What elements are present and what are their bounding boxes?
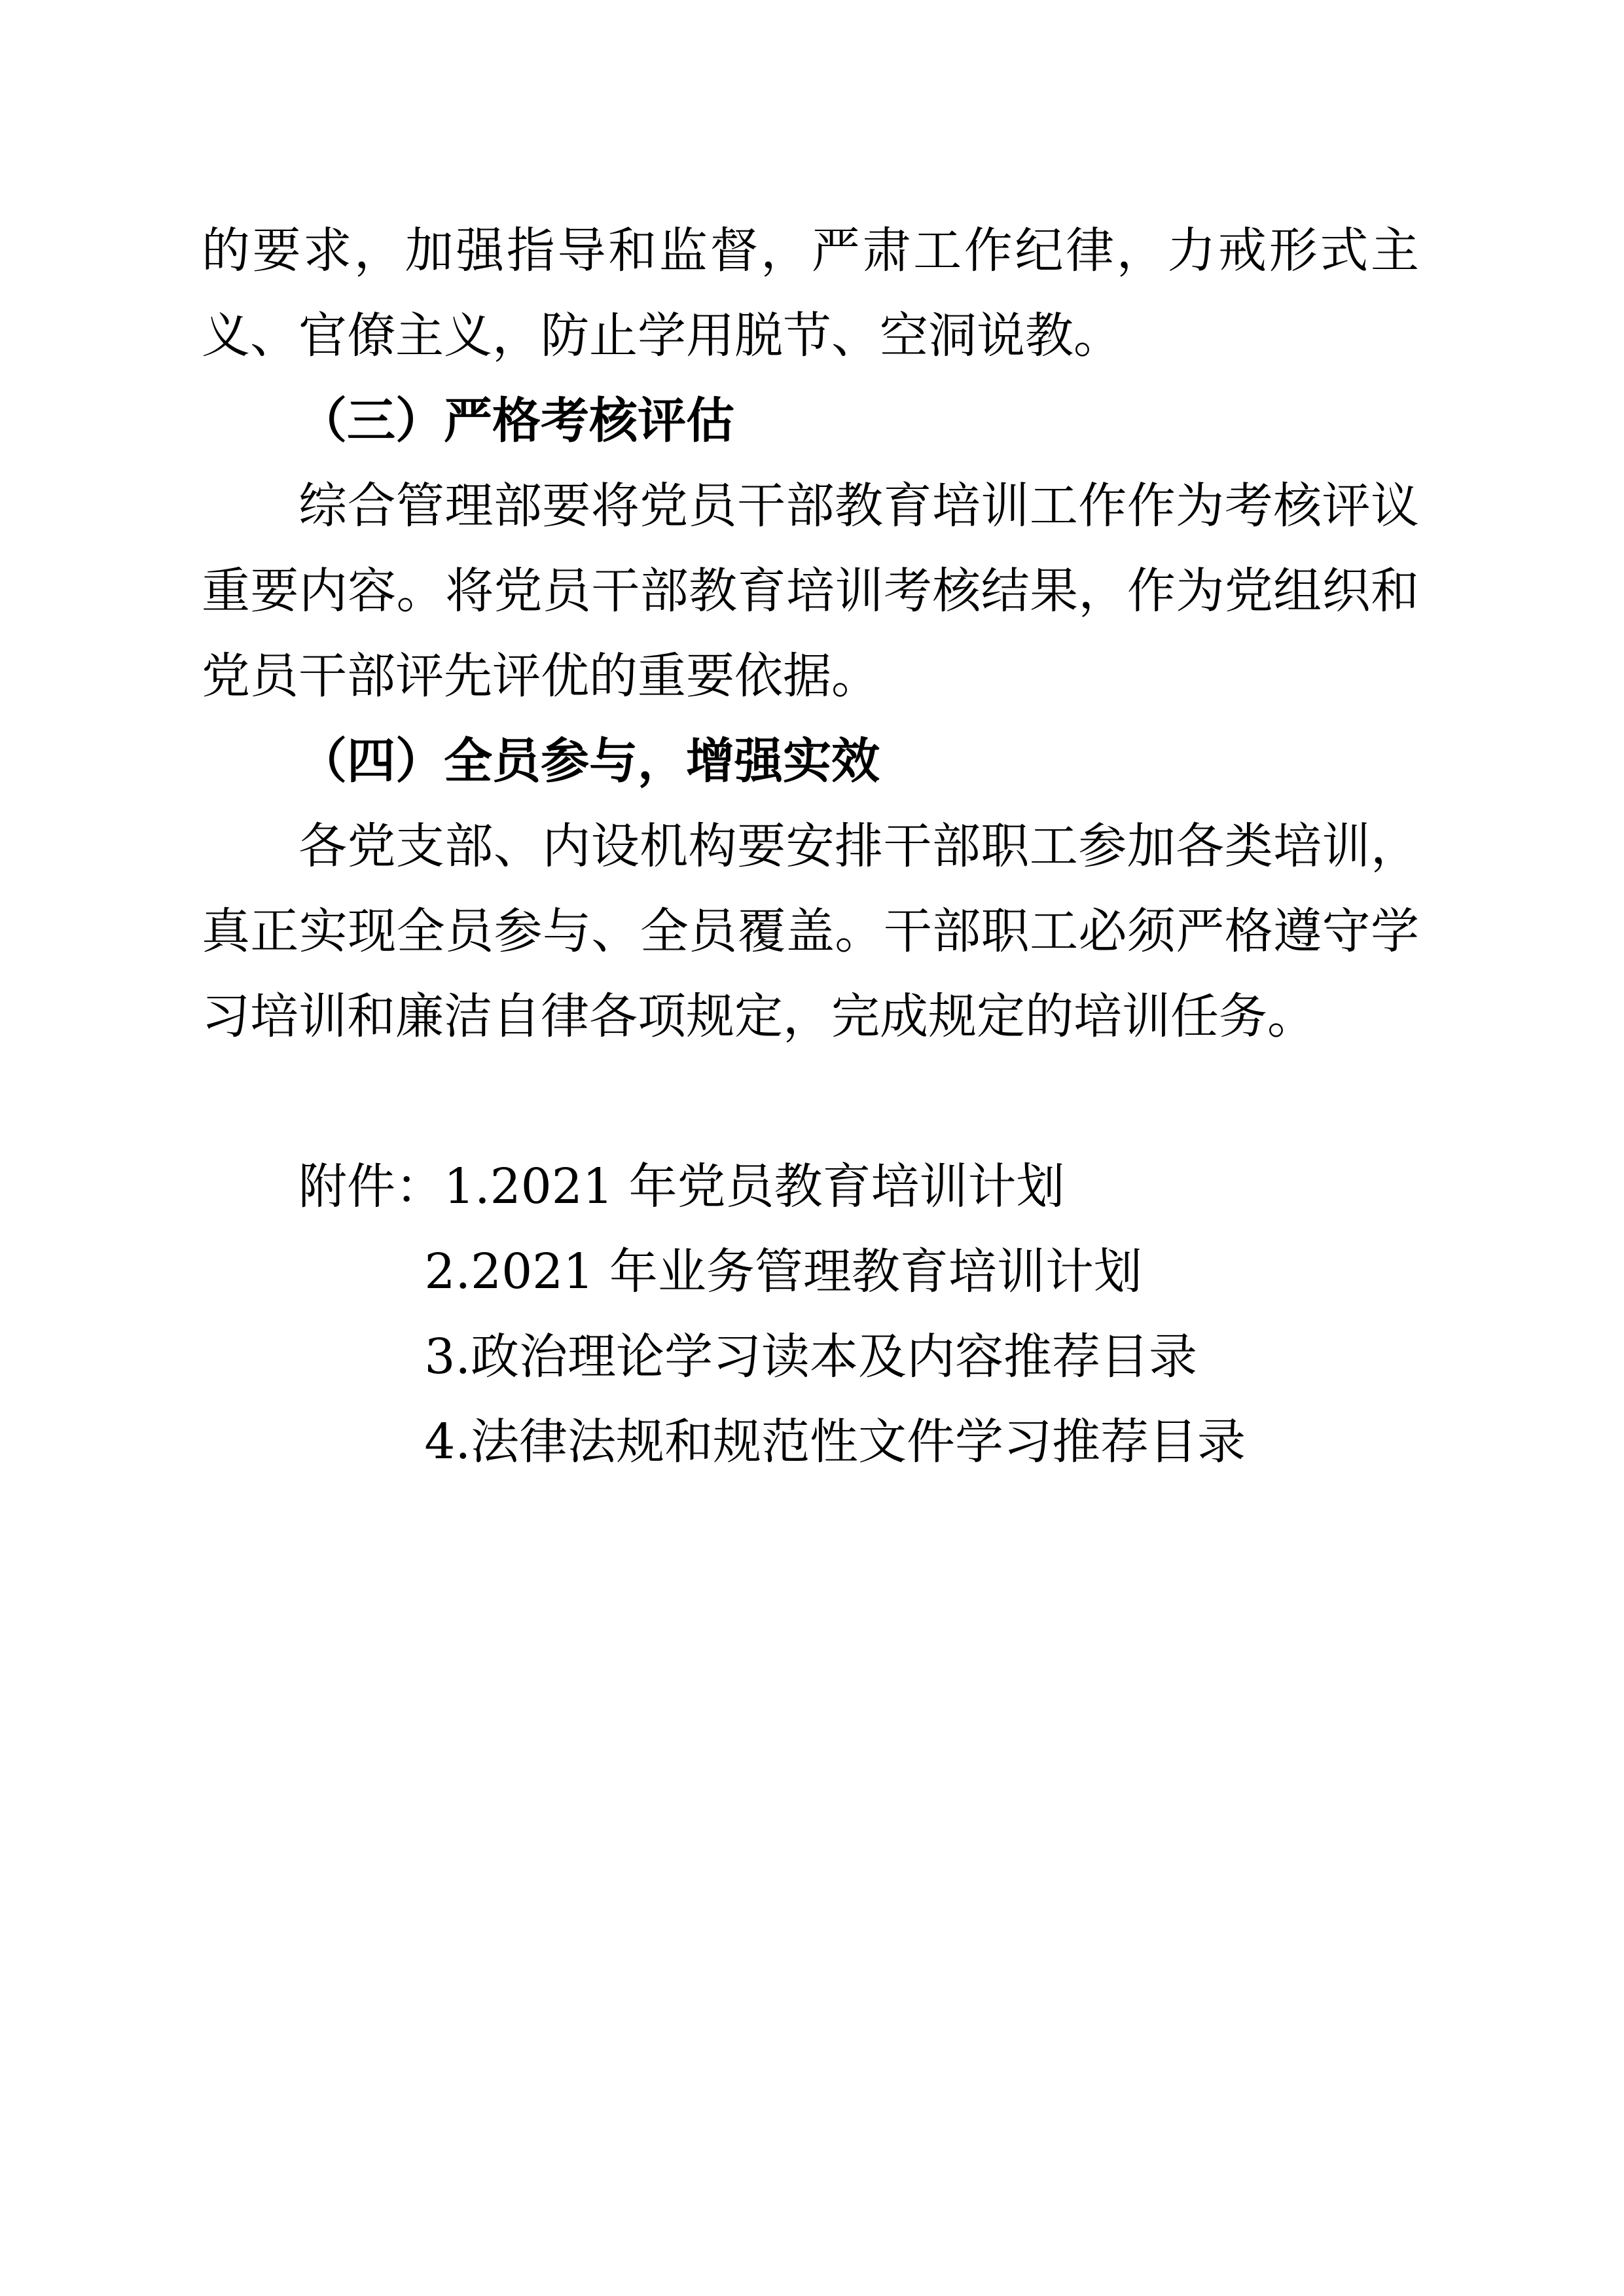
section-heading-3: （三）严格考核评估 xyxy=(202,378,1419,463)
attachment-title-1: 1.2021 年党员教育培训计划 xyxy=(444,1158,1064,1215)
attachment-item-3: 3.政治理论学习读本及内容推荐目录 xyxy=(202,1314,1419,1399)
document-page: 的要求，加强指导和监督，严肃工作纪律，力戒形式主义、官僚主义，防止学用脱节、空洞… xyxy=(202,208,1419,1484)
attachment-item-4: 4.法律法规和规范性文件学习推荐目录 xyxy=(202,1399,1419,1484)
section-body-3: 综合管理部要将党员干部教育培训工作作为考核评议重要内容。将党员干部教育培训考核结… xyxy=(202,463,1419,719)
attachment-item-2: 2.2021 年业务管理教育培训计划 xyxy=(202,1229,1419,1314)
attachment-item-1: 附件：1.2021 年党员教育培训计划 xyxy=(202,1144,1419,1229)
continuation-paragraph: 的要求，加强指导和监督，严肃工作纪律，力戒形式主义、官僚主义，防止学用脱节、空洞… xyxy=(202,208,1419,378)
section-body-4: 各党支部、内设机构要安排干部职工参加各类培训，真正实现全员参与、全员覆盖。干部职… xyxy=(202,804,1419,1059)
blank-line xyxy=(202,1059,1419,1144)
attachments-label: 附件： xyxy=(298,1158,444,1215)
section-heading-4: （四）全员参与，增强实效 xyxy=(202,719,1419,804)
attachments-list: 附件：1.2021 年党员教育培训计划 2.2021 年业务管理教育培训计划 3… xyxy=(202,1144,1419,1484)
